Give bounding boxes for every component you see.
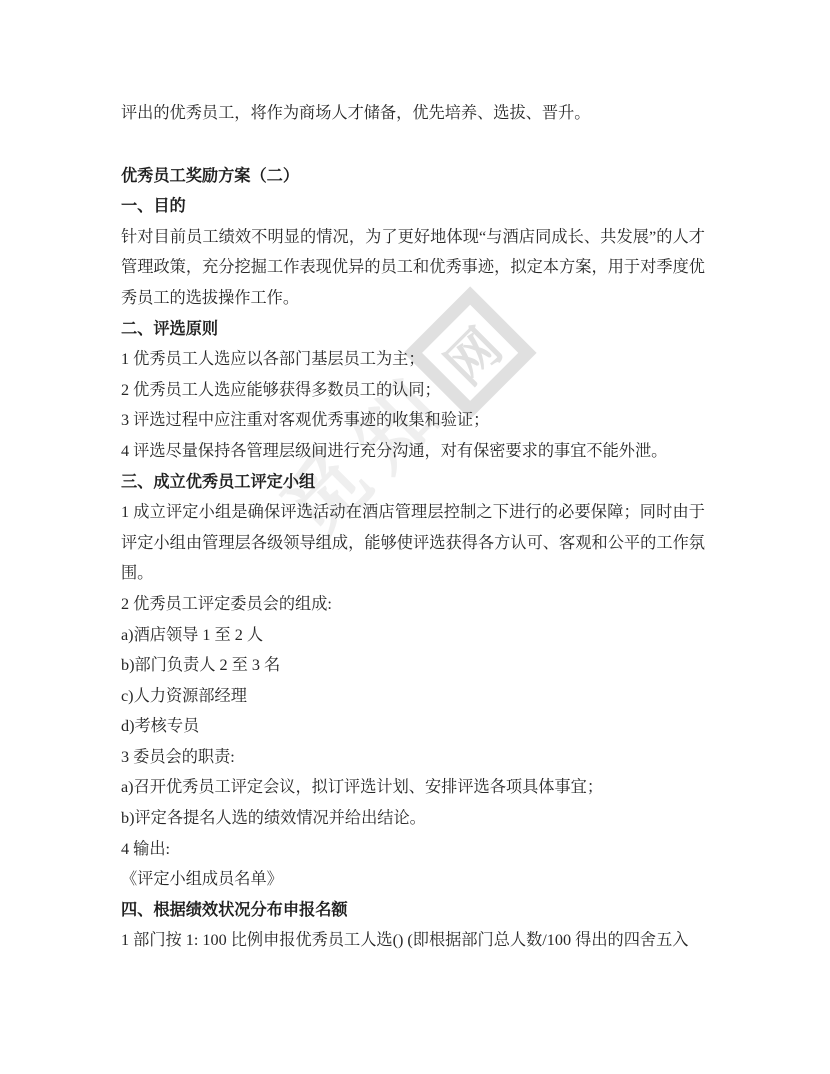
document-page: 觅 知 网 评出的优秀员工，将作为商场人才储备，优先培养、选拔、晋升。优秀员工奖…: [0, 0, 830, 1074]
output-document-name: 《评定小组成员名单》: [121, 864, 705, 895]
heading-quota: 四、根据绩效状况分布申报名额: [121, 895, 705, 926]
duty-item-a: a)召开优秀员工评定会议，拟订评选计划、安排评选各项具体事宜；: [121, 772, 705, 803]
principle-item-4: 4 评选尽量保持各管理层级间进行充分沟通，对有保密要求的事宜不能外泄。: [121, 436, 705, 467]
duty-item-b: b)评定各提名人选的绩效情况并给出结论。: [121, 803, 705, 834]
paragraph-quota: 1 部门按 1: 100 比例申报优秀员工人选() (即根据部门总人数/100 …: [121, 925, 705, 956]
output-label: 4 输出:: [121, 834, 705, 865]
composition-item-d: d)考核专员: [121, 711, 705, 742]
composition-item-a: a)酒店领导 1 至 2 人: [121, 620, 705, 651]
composition-item-b: b)部门负责人 2 至 3 名: [121, 650, 705, 681]
heading-committee: 三、成立优秀员工评定小组: [121, 467, 705, 498]
document-body: 评出的优秀员工，将作为商场人才储备，优先培养、选拔、晋升。优秀员工奖励方案（二）…: [121, 98, 705, 956]
principle-item-1: 1 优秀员工人选应以各部门基层员工为主；: [121, 344, 705, 375]
heading-purpose: 一、目的: [121, 191, 705, 222]
paragraph-committee-intro: 1 成立评定小组是确保评选活动在酒店管理层控制之下进行的必要保障；同时由于评定小…: [121, 497, 705, 589]
doc-title: 优秀员工奖励方案（二）: [121, 161, 705, 192]
committee-duties-label: 3 委员会的职责:: [121, 742, 705, 773]
committee-composition-label: 2 优秀员工评定委员会的组成:: [121, 589, 705, 620]
paragraph-purpose: 针对目前员工绩效不明显的情况，为了更好地体现“与酒店同成长、共发展”的人才管理政…: [121, 222, 705, 314]
principle-item-3: 3 评选过程中应注重对客观优秀事迹的收集和验证；: [121, 405, 705, 436]
paragraph-carryover: 评出的优秀员工，将作为商场人才储备，优先培养、选拔、晋升。: [121, 98, 705, 129]
composition-item-c: c)人力资源部经理: [121, 681, 705, 712]
principle-item-2: 2 优秀员工人选应能够获得多数员工的认同；: [121, 375, 705, 406]
heading-principles: 二、评选原则: [121, 314, 705, 345]
